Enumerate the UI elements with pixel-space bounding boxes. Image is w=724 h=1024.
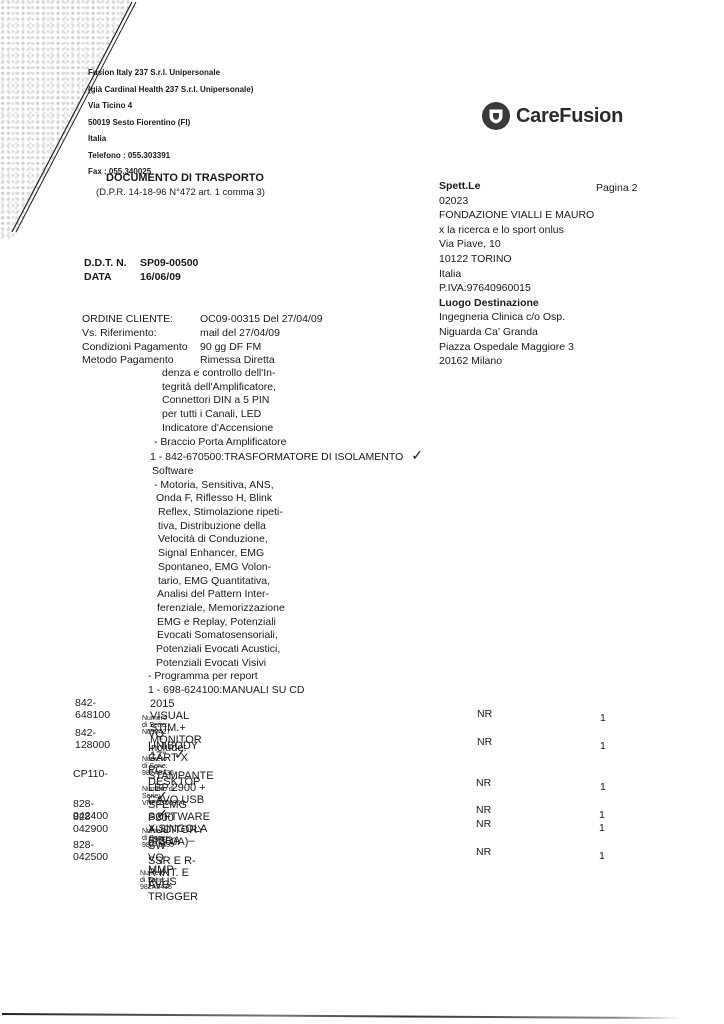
sender-line: 50019 Sesto Fiorentino (FI) — [88, 115, 253, 132]
client-order: OC09-00315 Del 27/04/09 — [200, 313, 323, 325]
description-line: Potenziali Evocati Acustici, — [156, 643, 423, 657]
client-order-label: ORDINE CLIENTE: — [82, 313, 200, 327]
description-line: Spontaneo, EMG Volon- — [158, 561, 423, 575]
quantity: 1 — [600, 740, 606, 752]
item-desc-2: Include: — [148, 742, 187, 754]
payment-method: Rimessa Diretta — [200, 354, 275, 366]
description-line: Onda F, Riflesso H, Blink — [156, 492, 423, 506]
payment-terms: 90 gg DF FM — [200, 341, 261, 353]
unit: NR — [477, 736, 492, 748]
description-line: denza e controllo dell'In- — [160, 367, 423, 381]
sender-line: (già Cardinal Health 237 S.r.l. Uniperso… — [88, 82, 253, 99]
description-line: EMG e Replay, Potenziali — [157, 616, 423, 630]
item-code: 842-128000 — [75, 727, 110, 751]
ddt-date: 16/06/09 — [140, 271, 181, 283]
quantity: 1 — [599, 850, 605, 862]
description-line: Potenziali Evocati Visivi — [156, 657, 423, 671]
logo-text: CareFusion — [516, 105, 623, 128]
quantity: 1 — [599, 822, 605, 834]
quantity: 1 — [600, 712, 606, 724]
description-line: - Braccio Porta Amplificatore — [154, 436, 423, 450]
document-subtitle: (D.P.R. 14-18-96 N°472 art. 1 comma 3) — [96, 187, 265, 198]
recipient-street: Via Piave, 10 — [439, 237, 594, 252]
destination-heading: Luogo Destinazione — [439, 296, 594, 311]
company-logo: CareFusion — [482, 102, 623, 130]
order-block: ORDINE CLIENTE:OC09-00315 Del 27/04/09 V… — [82, 313, 323, 368]
quantity: 1 — [599, 809, 605, 821]
sender-line: Via Ticino 4 — [88, 98, 253, 115]
destination-line: 20162 Milano — [439, 354, 594, 369]
item-code: 828-042900 — [73, 811, 108, 835]
description-line: Evocati Somatosensoriali, — [157, 629, 423, 643]
description-line: Connettori DIN a 5 PIN — [160, 394, 423, 408]
payment-terms-label: Condizioni Pagamento — [82, 341, 200, 355]
recipient-vat: P.IVA:97640960015 — [439, 281, 594, 296]
carefusion-shield-icon — [482, 102, 510, 130]
recipient-block: Spett.Le 02023 FONDAZIONE VIALLI E MAURO… — [439, 179, 594, 369]
description-line: - Motoria, Sensitiva, ANS, — [154, 479, 423, 493]
item-description: denza e controllo dell'In- tegrità dell'… — [160, 367, 423, 698]
ddt-block: D.D.T. N.SP09-00500 DATA16/06/09 — [84, 256, 198, 284]
sender-line: Telefono : 055.303391 — [88, 148, 253, 165]
description-line: 1 - 698-624100:MANUALI SU CD — [148, 684, 423, 698]
sender-line: Fusion Italy 237 S.r.l. Unipersonale — [88, 65, 253, 82]
sender-line: Italia — [88, 131, 253, 148]
recipient-name2: x la ricerca e lo sport onlus — [439, 223, 594, 238]
description-line: Indicatore d'Accensione — [160, 422, 423, 436]
ddt-number-label: D.D.T. N. — [84, 256, 140, 270]
document-title: DOCUMENTO DI TRASPORTO — [106, 172, 264, 184]
unit: NR — [476, 777, 491, 789]
reference-label: Vs. Riferimento: — [82, 327, 200, 341]
description-line: Reflex, Stimolazione ripeti- — [158, 506, 423, 520]
checkmark-icon: ✓ — [411, 449, 423, 463]
description-line: Velocità di Conduzione, — [158, 533, 423, 547]
unit: NR — [477, 708, 492, 720]
page-number: Pagina 2 — [596, 182, 637, 194]
recipient-code: 02023 — [439, 194, 594, 209]
unit: NR — [476, 846, 491, 858]
description-line: tiva, Distribuzione della — [158, 520, 423, 534]
description-line: tario, EMG Quantitativa, — [158, 575, 423, 589]
description-line: ferenziale, Memorizzazione — [157, 602, 423, 616]
destination-line: Niguarda Ca' Granda — [439, 325, 594, 340]
unit: NR — [476, 804, 491, 816]
description-line: per tutti i Canali, LED — [160, 408, 423, 422]
item-code: 828-042500 — [73, 839, 108, 863]
sender-address: Fusion Italy 237 S.r.l. Unipersonale (gi… — [88, 65, 253, 181]
item-code: 842-648100 — [75, 697, 110, 721]
description-line: Software — [152, 465, 423, 479]
recipient-city: 10122 TORINO — [439, 252, 594, 267]
description-line: Analisi del Pattern Inter- — [157, 588, 423, 602]
description-line: tegrità dell'Amplificatore, — [160, 381, 423, 395]
ddt-date-label: DATA — [84, 270, 140, 284]
ddt-number: SP09-00500 — [140, 257, 198, 269]
reference: mail del 27/04/09 — [200, 327, 280, 339]
recipient-heading: Spett.Le — [439, 179, 594, 194]
description-line: 1 - 842-670500:TRASFORMATORE DI ISOLAMEN… — [150, 451, 403, 463]
description-line: Signal Enhancer, EMG — [158, 547, 423, 561]
recipient-country: Italia — [439, 267, 594, 282]
description-line: - Programma per report — [148, 670, 423, 684]
page-bottom-edge — [2, 1013, 682, 1019]
recipient-name: FONDAZIONE VIALLI E MAURO — [439, 208, 594, 223]
serial-number: Numero di Serie: 982A0435 — [140, 870, 172, 891]
item-code: CP110- — [73, 768, 108, 780]
destination-line: Piazza Ospedale Maggiore 3 — [439, 340, 594, 355]
unit: NR — [476, 818, 491, 830]
quantity: 1 — [600, 781, 606, 793]
destination-line: Ingegneria Clinica c/o Osp. — [439, 310, 594, 325]
